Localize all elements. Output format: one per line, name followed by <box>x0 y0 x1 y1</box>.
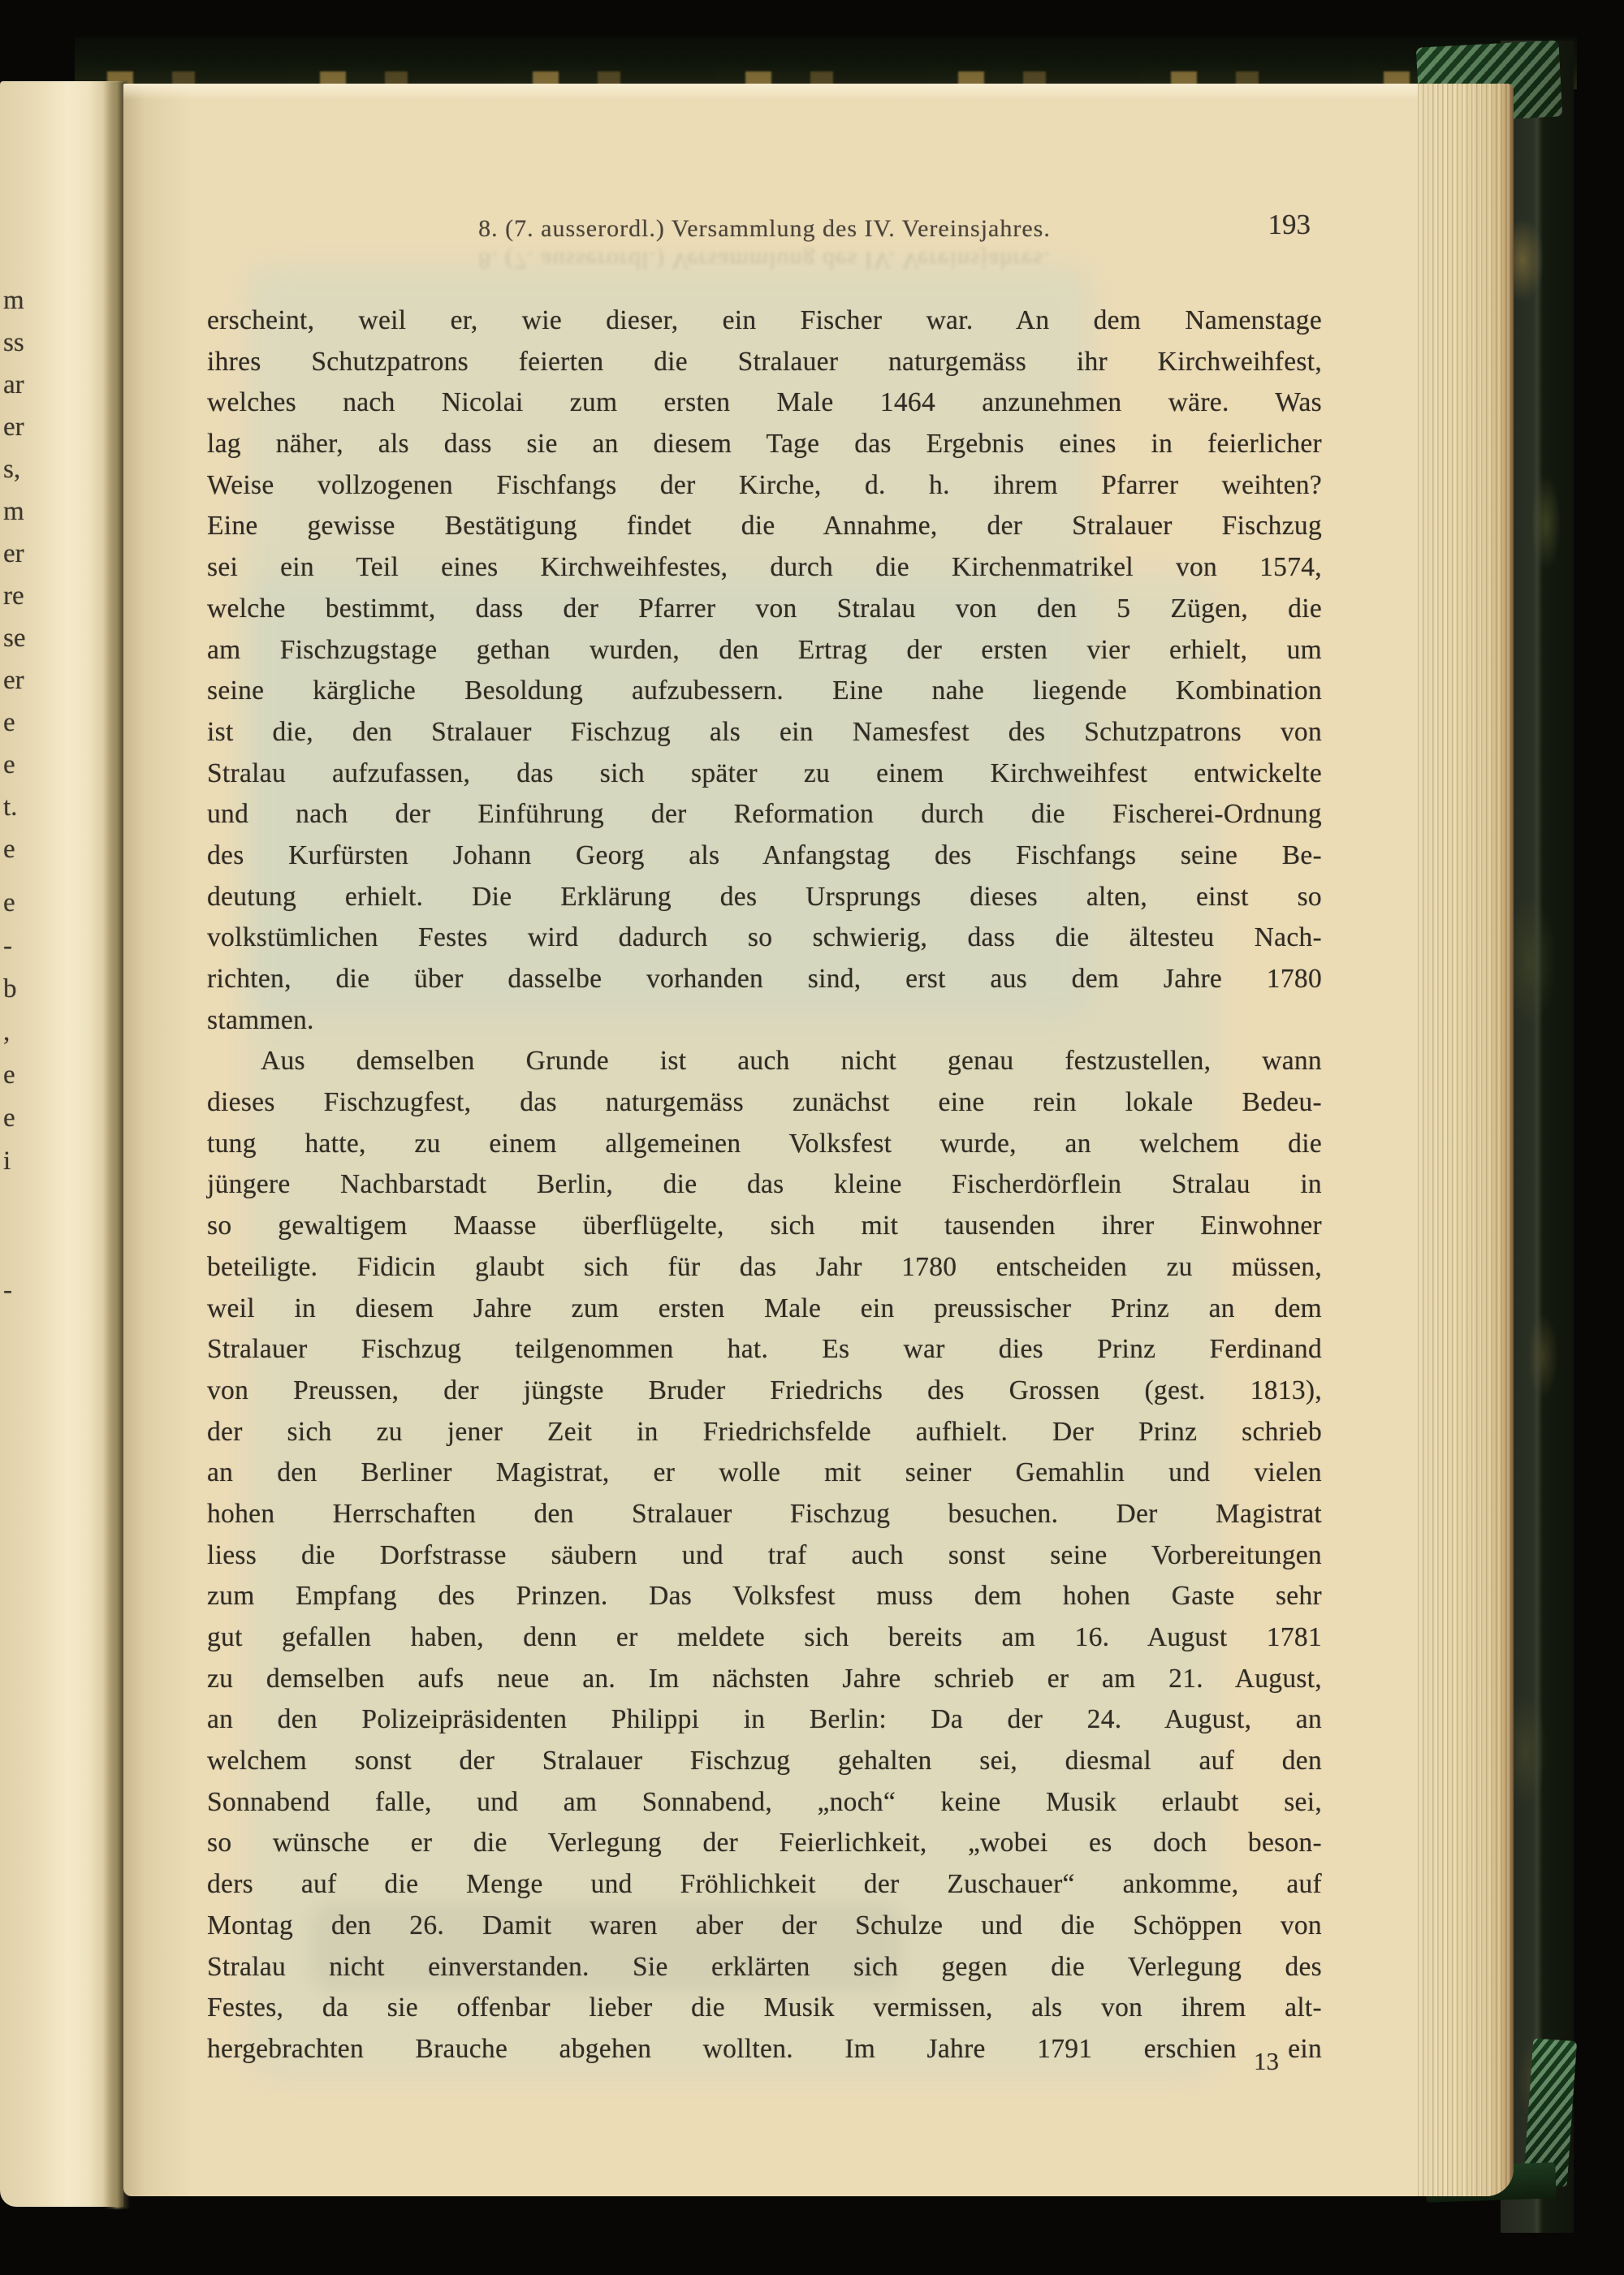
page-stack-fore-edge <box>1418 84 1514 2196</box>
text-line: weil in diesem Jahre zum ersten Male ein… <box>207 1289 1322 1330</box>
text-line: ist die, den Stralauer Fischzug als ein … <box>207 712 1322 753</box>
text-line: der sich zu jener Zeit in Friedrichsfeld… <box>207 1412 1322 1453</box>
text-line: so wünsche er die Verlegung der Feierlic… <box>207 1823 1322 1864</box>
show-through-ghost-header: 8. (7. ausserordl.) Versammlung des IV. … <box>207 246 1322 274</box>
text-line: zum Empfang des Prinzen. Das Volksfest m… <box>207 1576 1322 1617</box>
book-cover-top-edge <box>75 37 1577 89</box>
text-line: des Kurfürsten Johann Georg als Anfangst… <box>207 835 1322 877</box>
text-line: sei ein Teil eines Kirchweihfestes, durc… <box>207 547 1322 589</box>
text-line: Stralau nicht einverstanden. Sie erklärt… <box>207 1947 1322 1988</box>
text-line: an den Berliner Magistrat, er wolle mit … <box>207 1453 1322 1494</box>
text-line: hohen Herrschaften den Stralauer Fischzu… <box>207 1494 1322 1535</box>
text-block: erscheint, weil er, wie dieser, ein Fisc… <box>207 300 1322 2070</box>
text-line: Eine gewisse Bestätigung findet die Anna… <box>207 506 1322 547</box>
text-line: richten, die über dasselbe vorhanden sin… <box>207 959 1322 1000</box>
text-line: Weise vollzogenen Fischfangs der Kirche,… <box>207 465 1322 507</box>
text-line: von Preussen, der jüngste Bruder Friedri… <box>207 1371 1322 1412</box>
text-line: zu demselben aufs neue an. Im nächsten J… <box>207 1659 1322 1700</box>
text-line: ders auf die Menge und Fröhlichkeit der … <box>207 1864 1322 1906</box>
running-title: 8. (7. ausserordl.) Versammlung des IV. … <box>207 215 1322 243</box>
text-line: Sonnabend falle, und am Sonnabend, „noch… <box>207 1782 1322 1824</box>
text-line: am Fischzugstage gethan wurden, den Ertr… <box>207 630 1322 671</box>
text-line: stammen. <box>207 1000 1322 1042</box>
text-line: und nach der Einführung der Reformation … <box>207 794 1322 835</box>
text-line: gut gefallen haben, denn er meldete sich… <box>207 1617 1322 1659</box>
text-line: ihres Schutzpatrons feierten die Stralau… <box>207 342 1322 383</box>
text-line: Stralauer Fischzug teilgenommen hat. Es … <box>207 1329 1322 1371</box>
text-line: welchem sonst der Stralauer Fischzug geh… <box>207 1741 1322 1782</box>
page-number: 193 <box>1268 209 1311 241</box>
text-line: beteiligte. Fidicin glaubt sich für das … <box>207 1247 1322 1289</box>
text-line: jüngere Nachbarstadt Berlin, die das kle… <box>207 1164 1322 1206</box>
signature-mark: 13 <box>1254 2047 1279 2076</box>
text-line: hergebrachten Brauche abgehen wollten. I… <box>207 2029 1322 2070</box>
text-line: Aus demselben Grunde ist auch nicht gena… <box>207 1041 1322 1082</box>
text-line: seine kärgliche Besoldung aufzubessern. … <box>207 671 1322 712</box>
text-line: an den Polizeipräsidenten Philippi in Be… <box>207 1699 1322 1741</box>
text-line: erscheint, weil er, wie dieser, ein Fisc… <box>207 300 1322 342</box>
text-line: Montag den 26. Damit waren aber der Schu… <box>207 1906 1322 1947</box>
text-line: welche bestimmt, dass der Pfarrer von St… <box>207 589 1322 630</box>
text-line: welches nach Nicolai zum ersten Male 146… <box>207 382 1322 424</box>
text-line: so gewaltigem Maasse überflügelte, sich … <box>207 1206 1322 1247</box>
text-line: tung hatte, zu einem allgemeinen Volksfe… <box>207 1124 1322 1165</box>
text-line: volkstümlichen Festes wird dadurch so sc… <box>207 917 1322 959</box>
text-line: liess die Dorfstrasse säubern und traf a… <box>207 1535 1322 1577</box>
text-line: deutung erhielt. Die Erklärung des Urspr… <box>207 877 1322 918</box>
text-line: lag näher, als dass sie an diesem Tage d… <box>207 424 1322 465</box>
scanned-book-page-photo: mssarers,merreseereet.ee-b,eei- 8. (7. a… <box>0 0 1624 2275</box>
text-line: Stralau aufzufassen, das sich später zu … <box>207 753 1322 795</box>
text-line: dieses Fischzugfest, das naturgemäss zun… <box>207 1082 1322 1124</box>
book-page: 8. (7. ausserordl.) Versammlung des IV. … <box>123 84 1514 2196</box>
text-line: Festes, da sie offenbar lieber die Musik… <box>207 1988 1322 2029</box>
